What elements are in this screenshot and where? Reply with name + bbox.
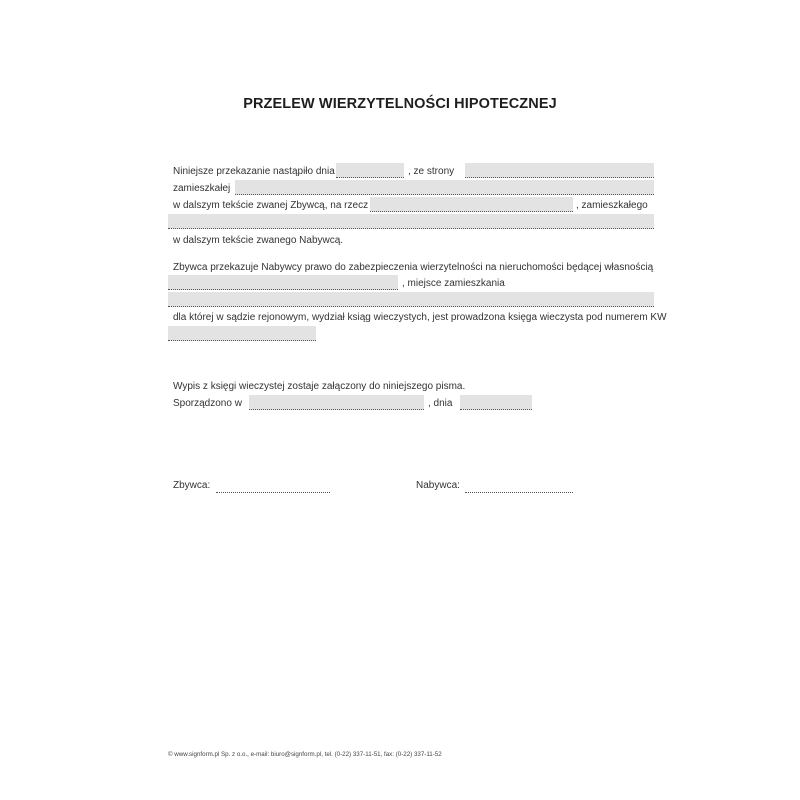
seller-address-label: zamieszkałej <box>173 183 230 195</box>
buyer-name-label: w dalszym tekście zwanej Zbywcą, na rzec… <box>173 200 368 212</box>
document-page: PRZELEW WIERZYTELNOŚCI HIPOTECZNEJ Ninie… <box>0 0 800 800</box>
buyer-address-field[interactable] <box>168 214 654 229</box>
rights-transfer-text: Zbywca przekazuje Nabywcy prawo do zabez… <box>173 262 653 274</box>
buyer-definition-text: w dalszym tekście zwanego Nabywcą. <box>173 235 343 247</box>
place-label: Sporządzono w <box>173 398 242 410</box>
seller-signature-label: Zbywca: <box>173 480 210 492</box>
attachment-note: Wypis z księgi wieczystej zostaje załącz… <box>173 381 465 393</box>
owner-residence-field[interactable] <box>168 292 654 307</box>
from-party-label: , ze strony <box>408 166 454 178</box>
date-field[interactable] <box>460 395 532 410</box>
seller-address-field[interactable] <box>235 180 654 195</box>
seller-signature-field[interactable] <box>216 483 330 493</box>
footer-copyright: © www.signform.pl Sp. z o.o., e-mail: bi… <box>168 751 442 758</box>
buyer-signature-field[interactable] <box>465 483 573 493</box>
buyer-name-field[interactable] <box>370 197 573 212</box>
buyer-address-label: , zamieszkałego <box>576 200 648 212</box>
property-owner-field[interactable] <box>168 275 398 290</box>
transfer-date-label: Niniejsze przekazanie nastąpiło dnia <box>173 166 335 178</box>
document-title: PRZELEW WIERZYTELNOŚCI HIPOTECZNEJ <box>0 96 800 112</box>
place-field[interactable] <box>249 395 424 410</box>
seller-name-field[interactable] <box>465 163 654 178</box>
transfer-date-field[interactable] <box>336 163 404 178</box>
buyer-signature-label: Nabywca: <box>416 480 460 492</box>
owner-residence-label: , miejsce zamieszkania <box>402 278 505 290</box>
land-registry-text: dla której w sądzie rejonowym, wydział k… <box>173 312 667 324</box>
date-label: , dnia <box>428 398 452 410</box>
kw-number-field[interactable] <box>168 326 316 341</box>
